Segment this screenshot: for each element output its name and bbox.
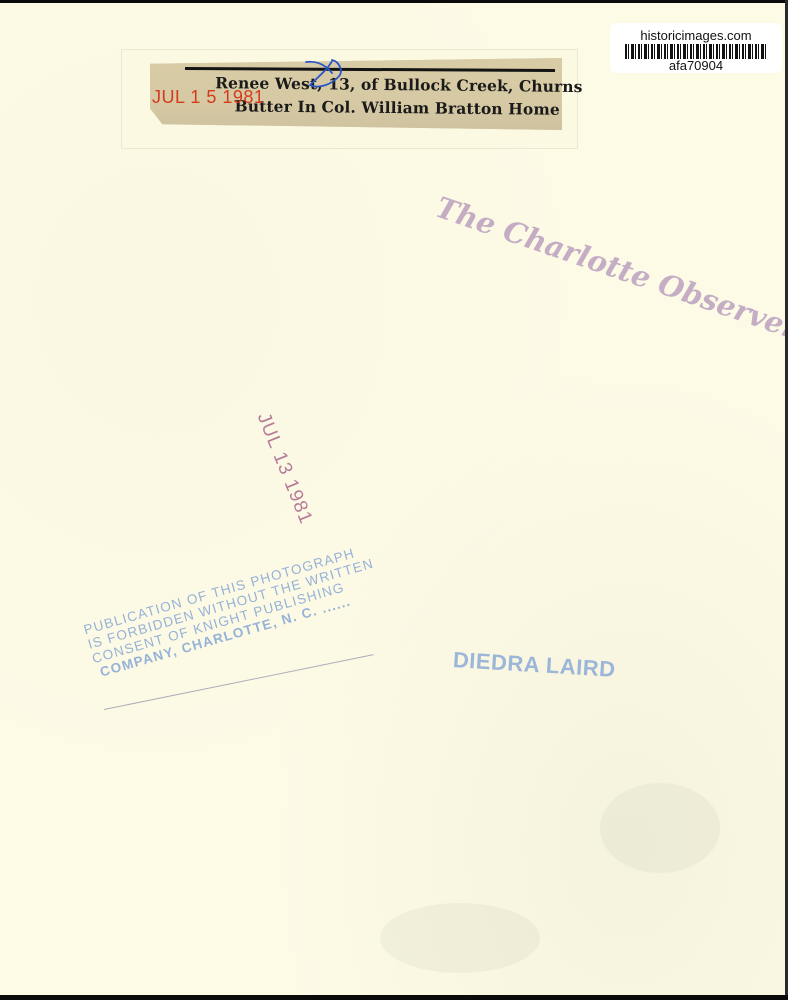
barcode-label: historicimages.com afa70904 — [610, 23, 782, 73]
pen-mark-icon — [302, 59, 344, 89]
photographer-credit-stamp: DIEDRA LAIRD — [452, 647, 616, 683]
barcode-id-text: afa70904 — [610, 59, 782, 72]
copyright-stamp: PUBLICATION OF THIS PHOTOGRAPH IS FORBID… — [82, 541, 384, 680]
received-date-stamp: JUL 13 1981 — [252, 410, 317, 528]
newspaper-stamp: The Charlotte Observer — [431, 190, 785, 346]
photo-back: historicimages.com afa70904 Renee West, … — [0, 3, 785, 995]
paper-smudge — [380, 903, 540, 973]
headline-line-2: Butter In Col. William Bratton Home — [215, 94, 560, 121]
barcode-icon — [625, 44, 767, 59]
clipping-headline: Renee West, 13, of Bullock Creek, Churns… — [215, 71, 560, 121]
barcode-site-text: historicimages.com — [610, 29, 782, 43]
paper-smudge — [600, 783, 720, 873]
scan-edge-bottom — [0, 995, 788, 1000]
clipping-date-stamp: JUL 1 5 1981 — [152, 87, 264, 108]
